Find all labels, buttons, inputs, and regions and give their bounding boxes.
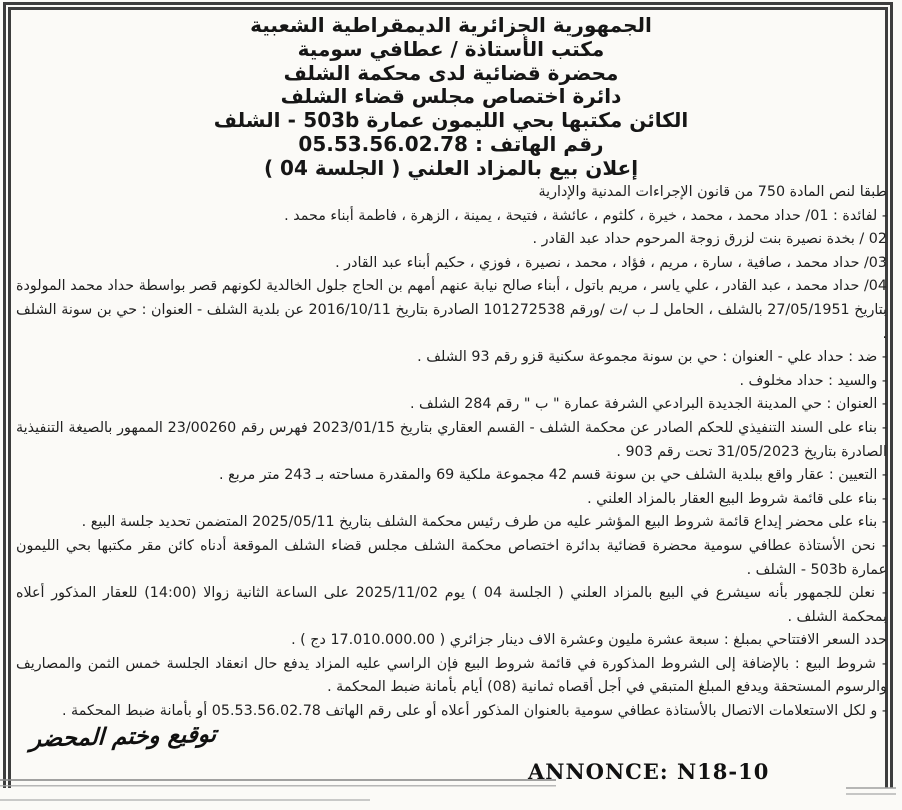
body-paragraph-sale-conditions-list: - بناء على قائمة شروط البيع العقار بالمز… <box>16 488 887 512</box>
body-paragraph-legal-basis: طبقا لنص المادة 750 من قانون الإجراءات ا… <box>16 181 887 205</box>
scan-artifact-line <box>0 799 370 801</box>
body-paragraph-defendant: - ضد : حداد علي - العنوان : حي بن سونة م… <box>16 346 887 370</box>
header-jurisdiction-line: دائرة اختصاص مجلس قضاء الشلف <box>20 85 882 109</box>
body-paragraph-second-party-address: - العنوان : حي المدينة الجديدة البرادعي … <box>16 393 887 417</box>
header-republic-line: الجمهورية الجزائرية الديمقراطية الشعبية <box>20 14 882 38</box>
header-bailiff-line: محضرة قضائية لدى محكمة الشلف <box>20 62 882 86</box>
document-body: طبقا لنص المادة 750 من قانون الإجراءات ا… <box>16 181 887 724</box>
body-paragraph-bailiff-declaration: - نحن الأستاذة عطافي سومية محضرة قضائية … <box>16 535 887 582</box>
header-auction-title-line: إعلان بيع بالمزاد العلني ( الجلسة 04 ) <box>20 157 882 181</box>
document-header: الجمهورية الجزائرية الديمقراطية الشعبية … <box>20 14 882 181</box>
annonce-number: ANNONCE: N18-10 <box>528 759 769 784</box>
signature-stamp-label: توقيع وختم المحضر <box>29 722 216 753</box>
body-paragraph-deposit-report: - بناء على محضر إيداع قائمة شروط البيع ا… <box>16 511 887 535</box>
body-paragraph-beneficiary-04: 04/ حداد محمد ، عبد القادر ، علي ياسر ، … <box>16 275 887 346</box>
header-address-line: الكائن مكتبها بحي الليمون عمارة 503b - ا… <box>20 109 882 133</box>
body-paragraph-beneficiary-03: 03/ حداد محمد ، صافية ، سارة ، مريم ، فؤ… <box>16 252 887 276</box>
body-paragraph-executory-title: - بناء على السند التنفيذي للحكم الصادر ع… <box>16 417 887 464</box>
body-paragraph-contact-info: - و لكل الاستعلامات الاتصال بالأستاذة عط… <box>16 700 887 724</box>
body-paragraph-second-party: - والسيد : حداد مخلوف . <box>16 370 887 394</box>
header-office-line: مكتب الأستاذة / عطافي سومية <box>20 38 882 62</box>
scanned-announcement-page: الجمهورية الجزائرية الديمقراطية الشعبية … <box>0 0 902 810</box>
body-paragraph-property-designation: - التعيين : عقار واقع ببلدية الشلف حي بن… <box>16 464 887 488</box>
scan-artifact-mark <box>846 786 896 797</box>
scan-artifact-line <box>0 779 556 788</box>
body-paragraph-beneficiary-01: - لفائدة : 01/ حداد محمد ، محمد ، خيرة ،… <box>16 205 887 229</box>
body-paragraph-auction-date: - نعلن للجمهور بأنه سيشرع في البيع بالمز… <box>16 582 887 629</box>
body-paragraph-opening-price: حدد السعر الافتتاحي بمبلغ : سبعة عشرة مل… <box>16 629 887 653</box>
header-phone-line: رقم الهاتف : 05.53.56.02.78 <box>20 133 882 157</box>
body-paragraph-beneficiary-02: 02 / بخدة نصيرة بنت لزرق زوجة المرحوم حد… <box>16 228 887 252</box>
body-paragraph-payment-terms: - شروط البيع : بالإضافة إلى الشروط المذك… <box>16 653 887 700</box>
